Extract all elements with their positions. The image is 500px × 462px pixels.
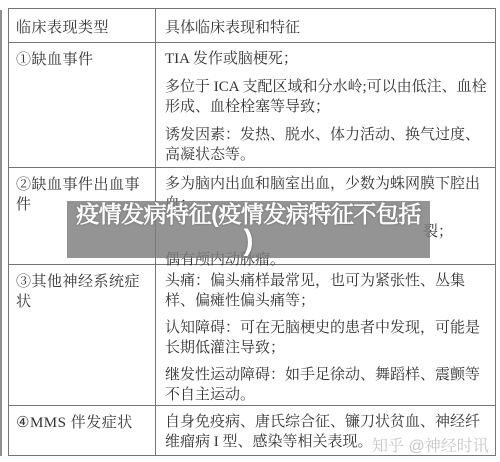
paragraph: 诱发因素：发热、脱水、体力活动、换气过度、高凝状态等。 (165, 125, 487, 165)
header-cell-features: 具体临床表现和特征 (156, 9, 495, 42)
row-features-other-neuro: 头痛：偏头痛样最常见，也可为紧张性、丛集样、偏瘫性偏头痛等； 认知障碍：可在无脑… (156, 265, 495, 405)
row-type-other-neuro: ③其他神经系统症状 (9, 265, 156, 405)
paragraph: 继发性运动障碍：如手足徐动、舞蹈样、震颤等不自主运动。 (165, 365, 487, 405)
overlay-title-banner: 疫情发病特征(疫情发病特征不包括 ) (67, 201, 430, 258)
page-edge-line (0, 10, 2, 456)
table-header-row: 临床表现类型 具体临床表现和特征 (9, 9, 495, 43)
table-row: ③其他神经系统症状 头痛：偏头痛样最常见，也可为紧张性、丛集样、偏瘫性偏头痛等；… (9, 265, 495, 406)
paragraph: TIA 发作或脑梗死； (165, 49, 487, 69)
scanned-document-page: 临床表现类型 具体临床表现和特征 ①缺血事件 TIA 发作或脑梗死； 多位于 I… (0, 0, 500, 462)
paragraph: 认知障碍：可在无脑梗史的患者中发现，可能是长期低灌注导致； (165, 318, 487, 358)
row-type-ischemic: ①缺血事件 (9, 43, 156, 167)
table-row: ①缺血事件 TIA 发作或脑梗死； 多位于 ICA 支配区域和分水岭;可以由低注… (9, 43, 495, 168)
banner-title-line2: ) (67, 228, 430, 254)
row-type-mms-comorbid: ④MMS 伴发症状 (9, 406, 156, 456)
row-features-ischemic: TIA 发作或脑梗死； 多位于 ICA 支配区域和分水岭;可以由低注、血栓形成、… (156, 43, 495, 167)
zhihu-watermark: 知乎 @神经时讯 (372, 433, 489, 456)
paragraph: 多位于 ICA 支配区域和分水岭;可以由低注、血栓形成、血栓栓塞等导致； (165, 77, 487, 117)
header-cell-type: 临床表现类型 (9, 9, 156, 42)
paragraph: 头痛：偏头痛样最常见，也可为紧张性、丛集样、偏瘫性偏头痛等； (165, 271, 487, 311)
